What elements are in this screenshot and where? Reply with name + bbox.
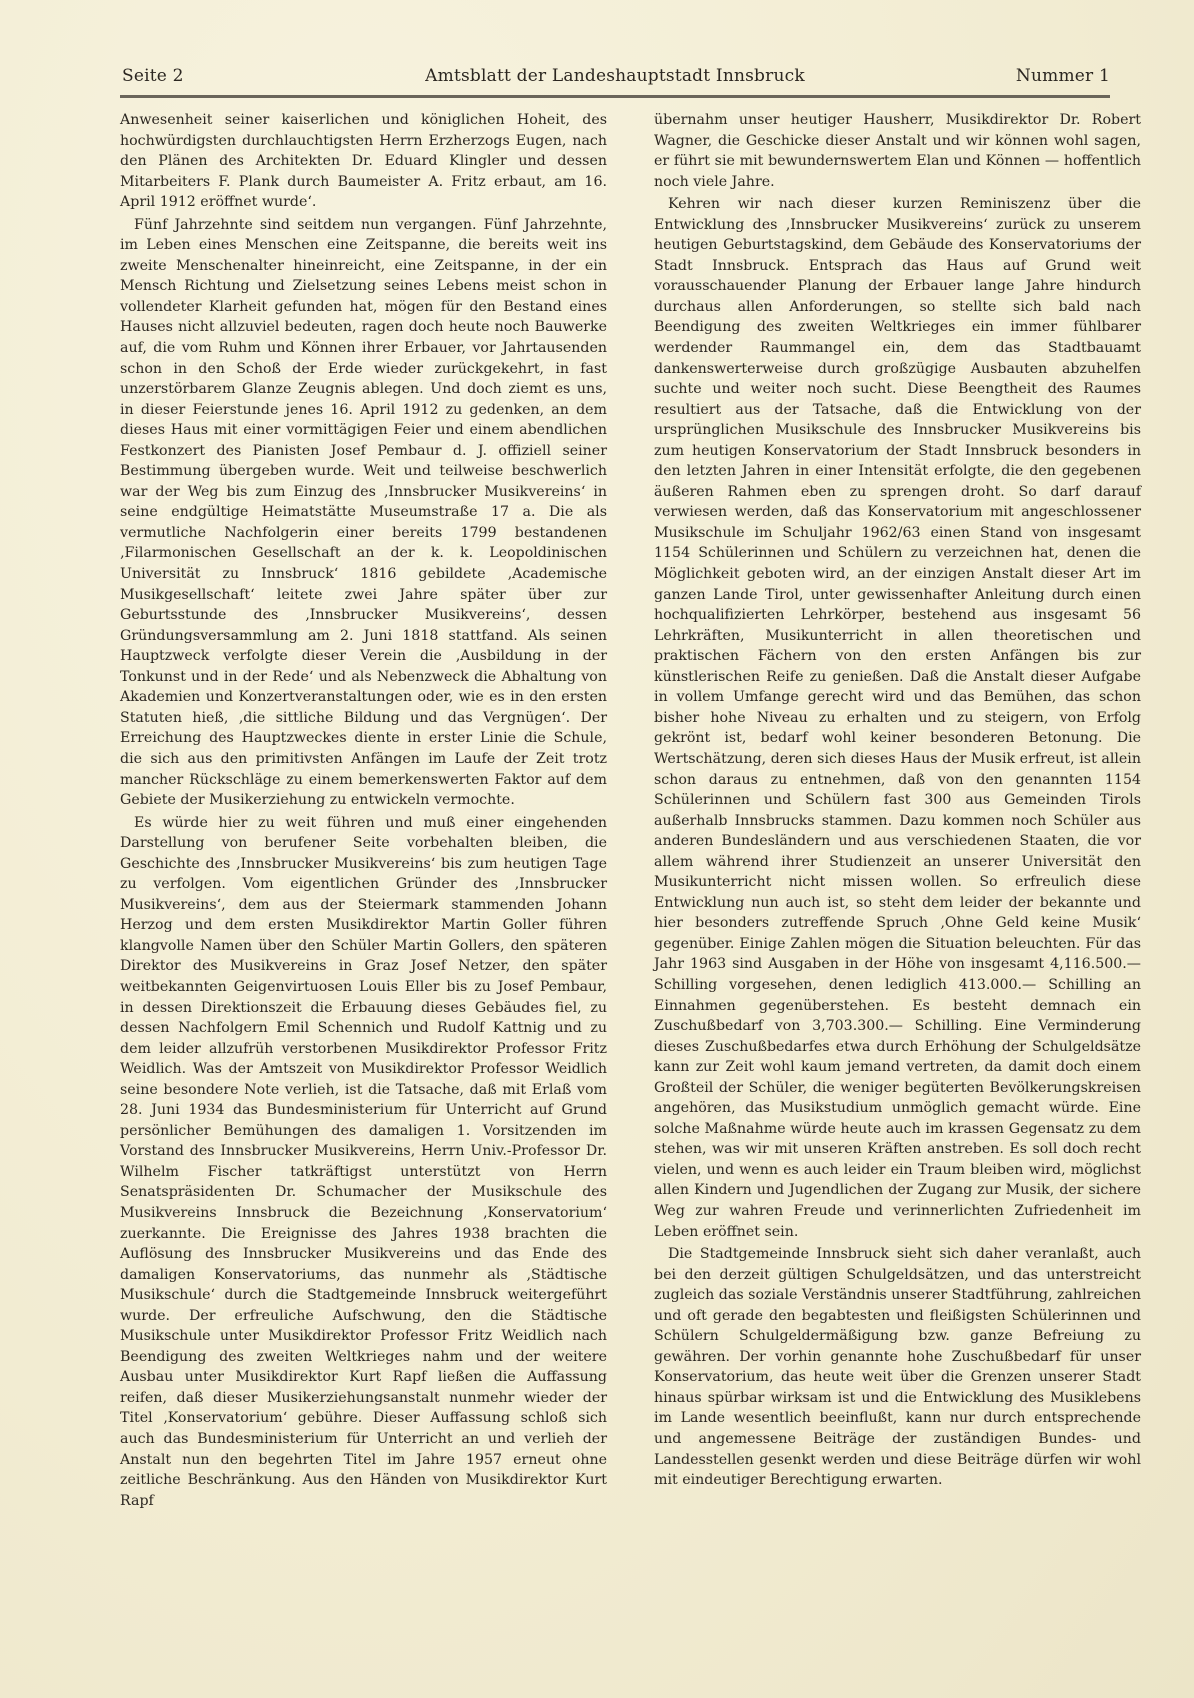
paragraph: Kehren wir nach dieser kurzen Reminiszen…	[654, 194, 1141, 1242]
publication-title: Amtsblatt der Landeshauptstadt Innsbruck	[120, 66, 1110, 86]
paragraph: Die Stadtgemeinde Innsbruck sieht sich d…	[654, 1244, 1141, 1491]
paragraph: Es würde hier zu weit führen und muß ein…	[120, 813, 607, 1512]
article-column-left: Anwesenheit seiner kaiserlichen und köni…	[120, 110, 607, 1511]
header-rule	[120, 95, 1110, 98]
article-column-right: übernahm unser heutiger Hausherr, Musikd…	[654, 110, 1141, 1491]
paragraph: Anwesenheit seiner kaiserlichen und köni…	[120, 110, 607, 213]
page-header: Seite 2 Amtsblatt der Landeshauptstadt I…	[120, 66, 1110, 92]
paragraph: übernahm unser heutiger Hausherr, Musikd…	[654, 110, 1141, 192]
issue-number-label: Nummer 1	[1016, 66, 1110, 86]
paragraph: Fünf Jahrzehnte sind seitdem nun vergang…	[120, 215, 607, 811]
